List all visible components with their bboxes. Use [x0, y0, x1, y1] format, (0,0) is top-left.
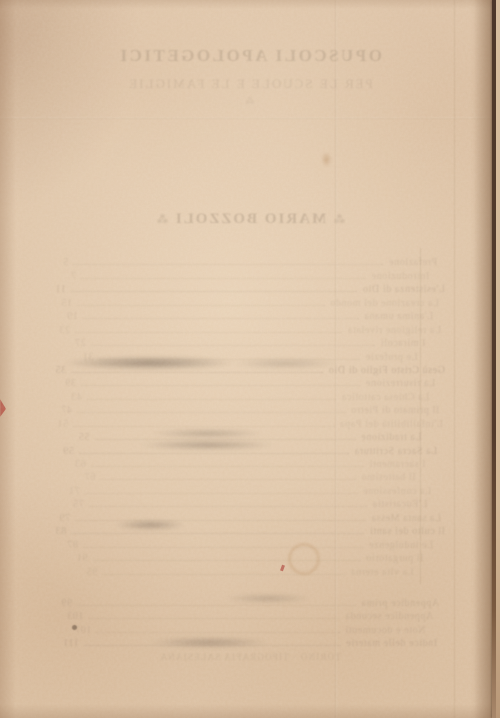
toc-row-title: Appendice seconda — [345, 611, 433, 622]
horizontal-crease — [0, 117, 500, 119]
leader-dots — [71, 291, 358, 292]
toc-row: L'esistenza di Dio11 — [55, 282, 445, 295]
toc-row-page-number: 87 — [67, 540, 78, 551]
toc-row-title: La risurrezione — [365, 378, 435, 389]
toc-row: Le indulgenze87 — [67, 537, 434, 550]
leader-dots — [81, 385, 360, 386]
toc-row: La creazione del mondo15 — [61, 295, 439, 308]
leader-dots — [89, 506, 368, 507]
toc-row: I sacramenti63 — [75, 457, 426, 470]
toc-row: L'anima umana19 — [67, 309, 434, 322]
leader-dots — [75, 520, 366, 521]
leader-dots — [77, 412, 346, 413]
leader-dots — [73, 264, 383, 265]
toc-row-page-number: 31 — [82, 352, 93, 363]
leader-dots — [71, 533, 364, 534]
bleed-toc-list: Prefazione5Introduzione7L'esistenza di D… — [55, 255, 445, 578]
vertical-crease — [454, 0, 455, 718]
toc-row-page-number: 51 — [57, 419, 68, 430]
toc-row: Il primato di Pietro47 — [61, 403, 439, 416]
binding-shadow — [474, 0, 492, 718]
leader-dots — [91, 345, 376, 346]
toc-row-title: Le profezie — [365, 352, 417, 363]
toc-row-page-number: 39 — [65, 378, 76, 389]
toc-row-title: I miracoli — [380, 338, 425, 349]
leader-dots — [87, 399, 337, 400]
bleed-toc-list-bottom: Appendice prima99Appendice seconda103Not… — [55, 596, 445, 650]
toc-row-page-number: 107 — [75, 625, 92, 636]
leader-dots — [89, 618, 341, 619]
toc-row-title: Il purgatorio — [366, 553, 424, 564]
toc-row-title: La creazione del mondo — [330, 298, 440, 309]
toc-row-page-number: 99 — [61, 598, 72, 609]
bleed-title-line-1: OPUSCOLI APOLOGETICI — [55, 46, 445, 66]
toc-row-title: Appendice prima — [361, 598, 439, 609]
bleed-heading-text: MARIO BOZZOLI — [174, 211, 326, 227]
toc-row-page-number: 75 — [73, 499, 84, 510]
toc-row-title: Le indulgenze — [369, 540, 434, 551]
toc-row: La risurrezione39 — [65, 376, 436, 389]
toc-row: Appendice seconda103 — [67, 609, 434, 622]
bleed-title-line-2: PER LE SCUOLE E LE FAMIGLIE — [55, 76, 445, 92]
toc-row-title: L'esistenza di Dio — [362, 284, 445, 295]
toc-row-page-number: 19 — [67, 311, 78, 322]
toc-row-page-number: 7 — [71, 271, 77, 282]
ornament-icon: ⁂ — [155, 214, 168, 226]
toc-row-title: Prefazione — [388, 257, 437, 268]
leader-dots — [99, 359, 361, 360]
toc-row-title: L'Eucaristia — [372, 499, 427, 510]
toc-row: La religione rivelata23 — [59, 322, 441, 335]
toc-row: Il purgatorio91 — [76, 551, 423, 564]
leader-dots — [71, 372, 323, 373]
toc-row: L'Eucaristia75 — [73, 497, 428, 510]
toc-row-page-number: 5 — [63, 257, 69, 268]
toc-row-title: I sacramenti — [369, 459, 425, 470]
toc-row-title: La Sacra Scrittura — [354, 446, 437, 457]
toc-row-page-number: 43 — [71, 392, 82, 403]
toc-row: Introduzione7 — [71, 268, 430, 281]
toc-row-page-number: 55 — [78, 432, 89, 443]
toc-row: Note e documenti107 — [75, 622, 426, 635]
toc-row: La tradizione55 — [78, 430, 421, 443]
leader-dots — [75, 332, 342, 333]
leader-dots — [79, 453, 349, 454]
leader-dots — [81, 278, 366, 279]
toc-row-page-number: 59 — [63, 446, 74, 457]
leader-dots — [85, 493, 358, 494]
toc-row: La santa Messa79 — [59, 510, 441, 523]
toc-row: Il culto dei santi83 — [55, 524, 445, 537]
bleed-heading: ⁂ MARIO BOZZOLI ⁂ — [55, 210, 445, 229]
toc-row-title: L'anima umana — [364, 311, 433, 322]
toc-row-page-number: 47 — [61, 405, 72, 416]
toc-row-page-number: 15 — [61, 298, 72, 309]
toc-row: La Chiesa cattolica43 — [71, 389, 430, 402]
toc-row-page-number: 63 — [75, 459, 86, 470]
leader-dots — [84, 645, 341, 646]
leader-dots — [93, 560, 361, 561]
toc-row-page-number: 23 — [59, 325, 70, 336]
bleed-footer-line: TORINO · TIPOGRAFIA SALESIANA — [55, 652, 445, 662]
toc-row-page-number: 11 — [55, 284, 66, 295]
leader-dots — [100, 479, 356, 480]
leader-dots — [73, 426, 334, 427]
toc-row-title: Il primato di Pietro — [351, 405, 439, 416]
toc-row: L'infallibilità del Papa51 — [57, 416, 443, 429]
toc-row: Indice delle materie111 — [63, 636, 437, 649]
toc-row-page-number: 27 — [75, 338, 86, 349]
toc-row-title: Gesù Cristo Figlio di Dio — [328, 365, 445, 376]
red-edge-mark — [0, 399, 6, 417]
ornament-icon: ⁂ — [332, 214, 345, 226]
toc-row-title: Il battesimo — [361, 472, 416, 483]
toc-row-title: La Chiesa cattolica — [341, 392, 429, 403]
toc-row-page-number: 79 — [59, 513, 70, 524]
toc-row-title: La tradizione — [361, 432, 422, 443]
brown-stain — [321, 152, 332, 167]
leader-dots — [96, 632, 339, 633]
toc-row-title: Il culto dei santi — [369, 526, 445, 537]
scanned-aged-paper-page: OPUSCOLI APOLOGETICI PER LE SCUOLE E LE … — [0, 0, 500, 718]
toc-row: Le profezie31 — [82, 349, 417, 362]
leader-dots — [77, 305, 325, 306]
toc-row-page-number: 71 — [69, 486, 80, 497]
bleed-through-text-block: OPUSCOLI APOLOGETICI PER LE SCUOLE E LE … — [55, 46, 445, 662]
leader-dots — [91, 466, 364, 467]
toc-row-title: Note e documenti — [345, 625, 426, 636]
toc-row-page-number: 111 — [63, 638, 79, 649]
leader-dots — [83, 547, 364, 548]
toc-row-page-number: 95 — [86, 567, 97, 578]
toc-row-page-number: 103 — [67, 611, 84, 622]
toc-row: Il battesimo67 — [84, 470, 416, 483]
bleed-ornament-line: ⁂ — [55, 96, 445, 106]
toc-row-page-number: 67 — [84, 472, 95, 483]
toc-row-title: L'infallibilità del Papa — [340, 419, 443, 430]
toc-row-title: Introduzione — [371, 271, 429, 282]
toc-row-title: La vita eterna — [350, 567, 413, 578]
toc-row-title: La santa Messa — [371, 513, 441, 524]
toc-row: Gesù Cristo Figlio di Dio35 — [55, 363, 445, 376]
toc-row-title: Indice delle materie — [346, 638, 437, 649]
leader-dots — [83, 318, 359, 319]
toc-row: I miracoli27 — [75, 336, 426, 349]
ink-dot — [72, 625, 77, 630]
toc-row-title: La confessione — [363, 486, 432, 497]
leader-dots — [77, 605, 356, 606]
next-page-edge — [496, 0, 500, 718]
toc-row-title: La religione rivelata — [347, 325, 441, 336]
ring-stain — [288, 543, 320, 575]
toc-row: La vita eterna95 — [86, 564, 414, 577]
toc-row-page-number: 83 — [55, 526, 66, 537]
toc-row: Appendice prima99 — [61, 596, 439, 609]
toc-row: Prefazione5 — [63, 255, 437, 268]
toc-row: La Sacra Scrittura59 — [63, 443, 437, 456]
toc-row-page-number: 91 — [76, 553, 87, 564]
toc-row: La confessione71 — [69, 483, 432, 496]
leader-dots — [95, 439, 356, 440]
toc-row-page-number: 35 — [55, 365, 66, 376]
